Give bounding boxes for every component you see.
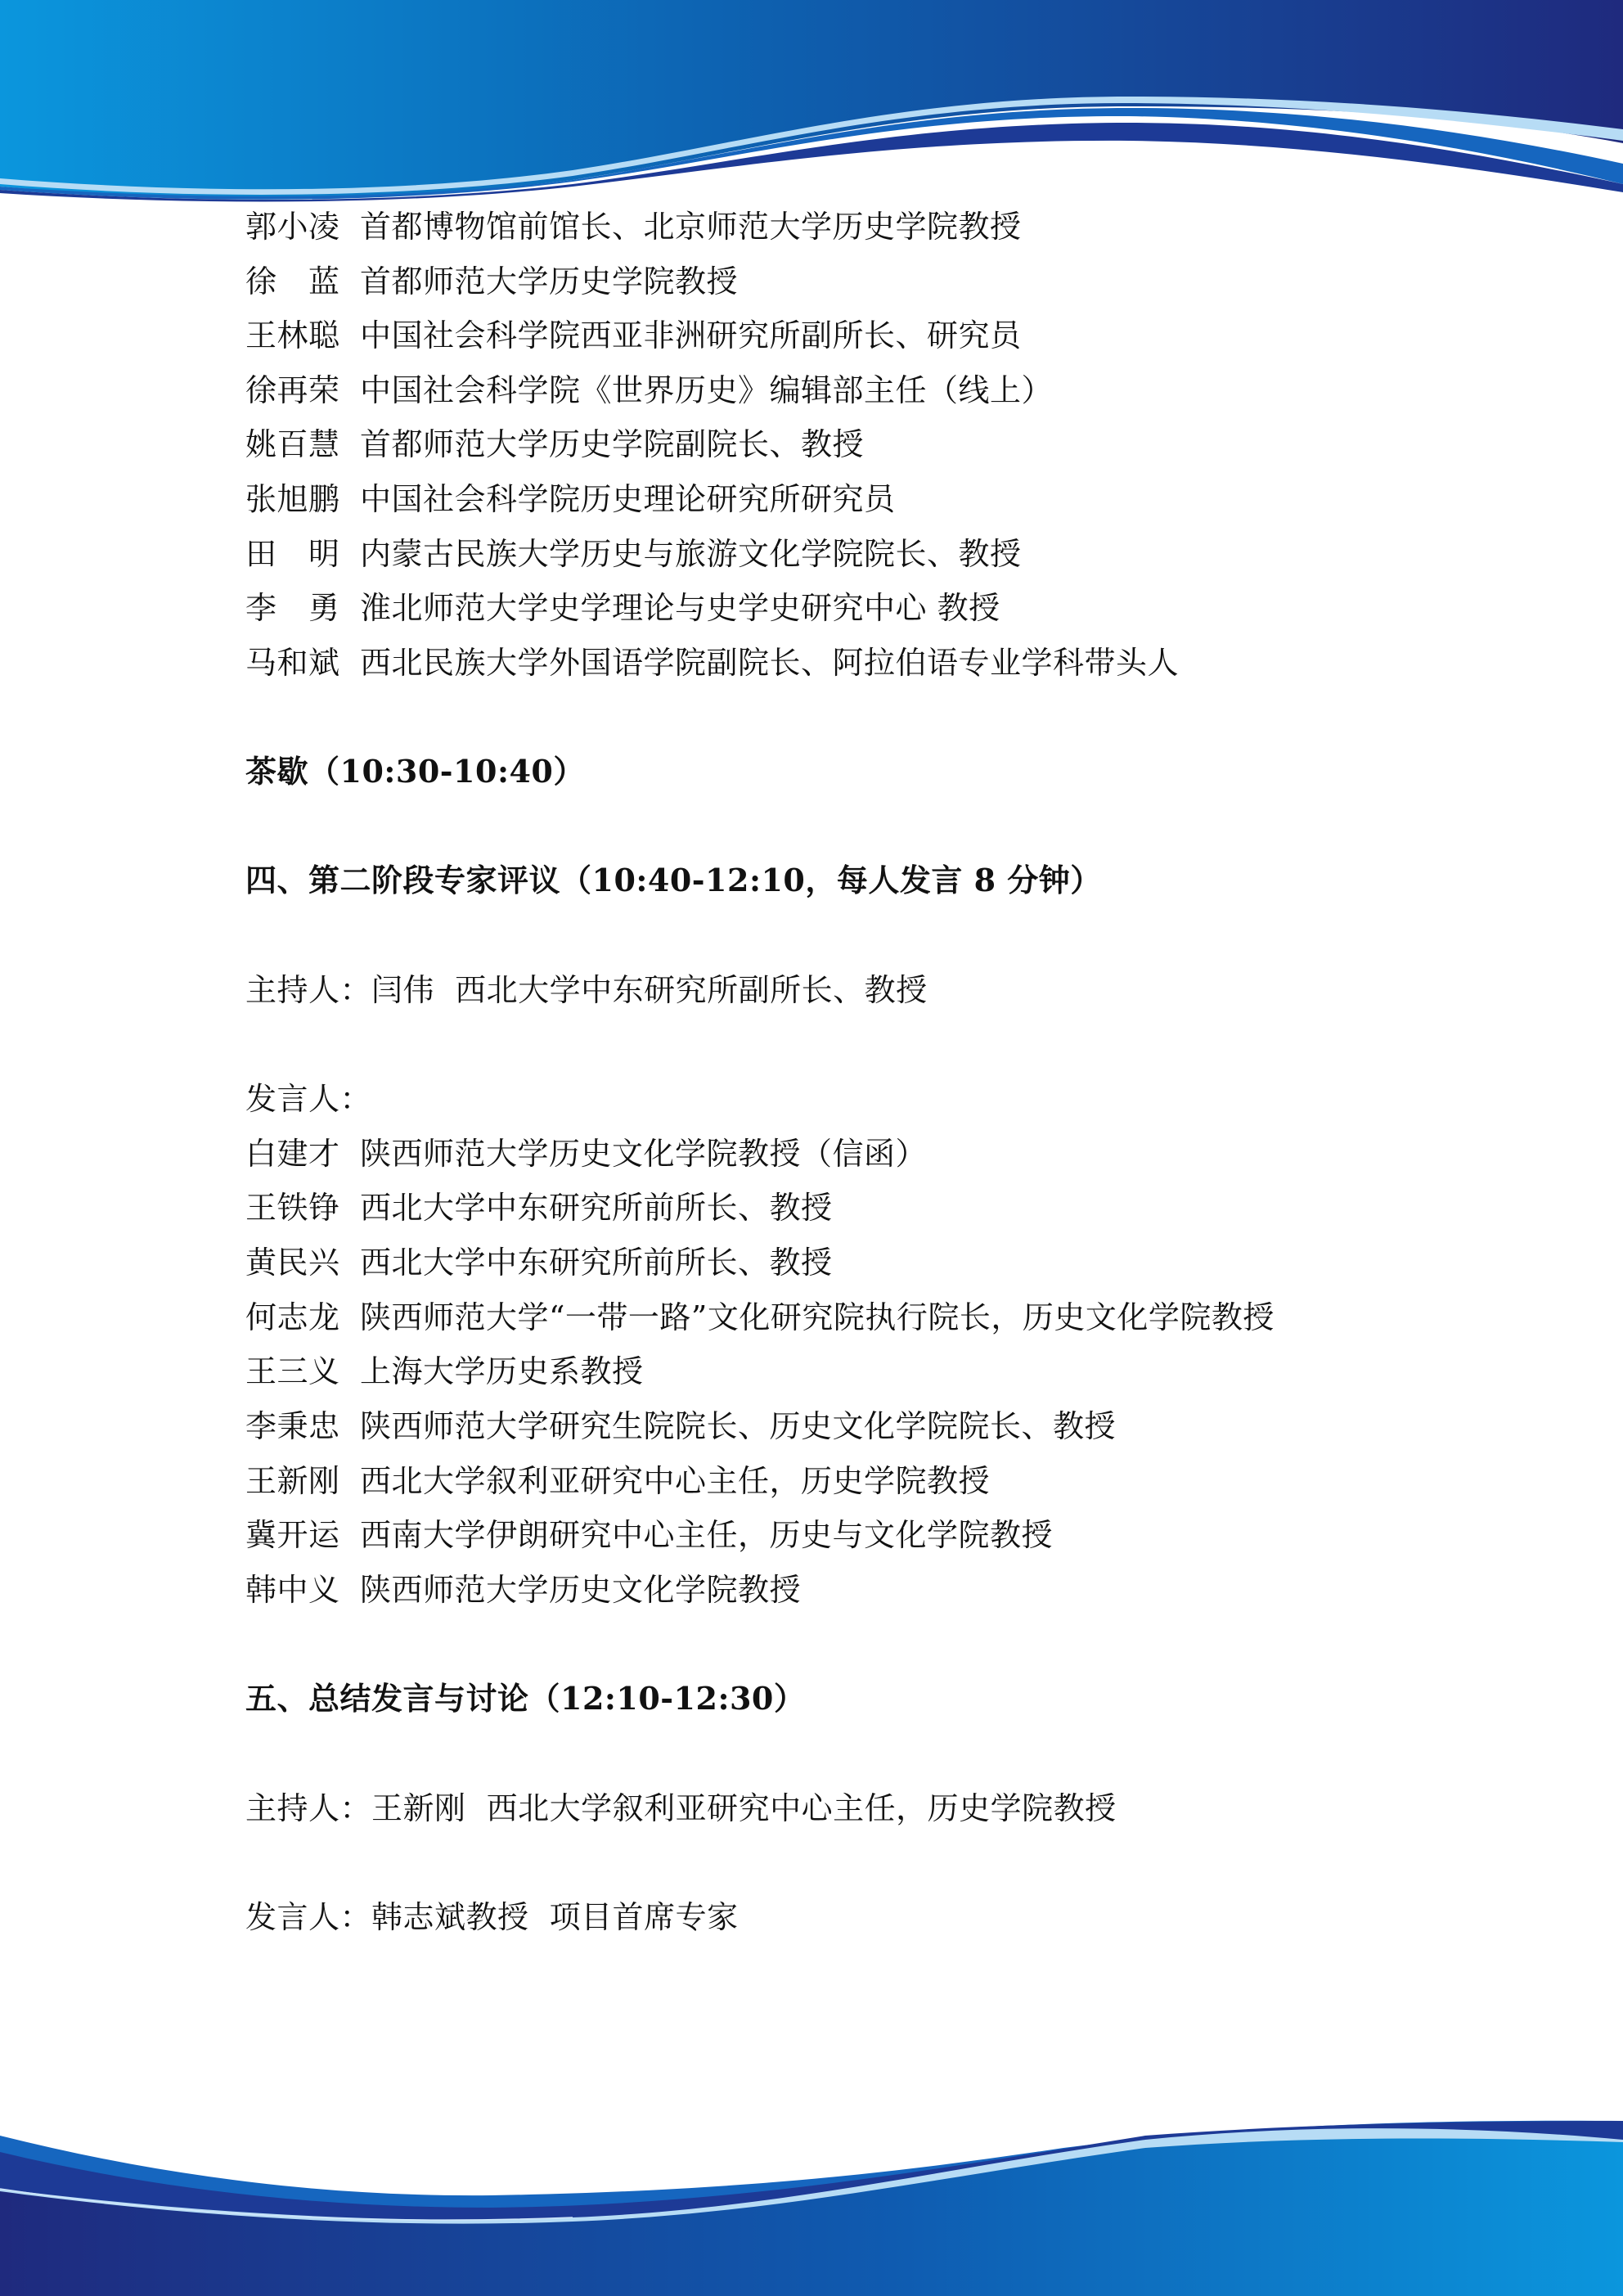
person-title: 陕西师范大学“一带一路”文化研究院执行院长，历史文化学院教授 (360, 1299, 1275, 1335)
person-title: 西北大学中东研究所前所长、教授 (360, 1245, 833, 1281)
list-item: 李 勇淮北师范大学史学理论与史学史研究中心 教授 (245, 588, 1000, 628)
list-item: 韩中义陕西师范大学历史文化学院教授 (245, 1569, 801, 1610)
person-name: 何志龙 (245, 1297, 345, 1338)
person-title: 上海大学历史系教授 (360, 1353, 644, 1389)
person-title: 西南大学伊朗研究中心主任，历史与文化学院教授 (360, 1517, 1053, 1553)
person-title: 陕西师范大学历史文化学院教授（信函） (360, 1136, 927, 1172)
host-line: 主持人：王新刚 西北大学叙利亚研究中心主任，历史学院教授 (245, 1788, 1117, 1829)
person-title: 中国社会科学院西亚非洲研究所副所长、研究员 (360, 317, 1022, 353)
person-name: 郭小凌 (245, 206, 345, 247)
person-title: 西北大学中东研究所前所长、教授 (360, 1190, 833, 1226)
list-item: 王新刚西北大学叙利亚研究中心主任，历史学院教授 (245, 1461, 990, 1501)
person-name: 冀开运 (245, 1515, 345, 1555)
person-name: 徐 蓝 (245, 261, 345, 302)
person-title: 中国社会科学院历史理论研究所研究员 (360, 481, 896, 517)
person-name: 李秉忠 (245, 1406, 345, 1447)
list-item: 李秉忠陕西师范大学研究生院院长、历史文化学院院长、教授 (245, 1406, 1116, 1447)
person-name: 王铁铮 (245, 1187, 345, 1228)
speakers-label: 发言人： (245, 1078, 371, 1119)
person-title: 淮北师范大学史学理论与史学史研究中心 教授 (360, 590, 1000, 626)
person-title: 中国社会科学院《世界历史》编辑部主任（线上） (360, 372, 1053, 408)
list-item: 黄民兴西北大学中东研究所前所长、教授 (245, 1242, 833, 1283)
header-wave-decoration (0, 0, 1623, 213)
person-title: 西北大学叙利亚研究中心主任，历史学院教授 (360, 1463, 990, 1499)
person-title: 首都博物馆前馆长、北京师范大学历史学院教授 (360, 209, 1022, 245)
person-title: 西北民族大学外国语学院副院长、阿拉伯语专业学科带头人 (360, 645, 1179, 681)
person-name: 姚百慧 (245, 424, 345, 465)
list-item: 冀开运西南大学伊朗研究中心主任，历史与文化学院教授 (245, 1515, 1053, 1555)
list-item: 姚百慧首都师范大学历史学院副院长、教授 (245, 424, 864, 465)
person-name: 徐再荣 (245, 370, 345, 411)
tea-break-heading: 茶歇（10:30-10:40） (245, 751, 585, 792)
list-item: 何志龙陕西师范大学“一带一路”文化研究院执行院长，历史文化学院教授 (245, 1297, 1275, 1338)
person-title: 首都师范大学历史学院副院长、教授 (360, 426, 864, 462)
list-item: 张旭鹏中国社会科学院历史理论研究所研究员 (245, 479, 896, 520)
person-name: 王新刚 (245, 1461, 345, 1501)
person-title: 陕西师范大学研究生院院长、历史文化学院院长、教授 (360, 1408, 1116, 1444)
person-name: 田 明 (245, 533, 345, 574)
list-item: 马和斌西北民族大学外国语学院副院长、阿拉伯语专业学科带头人 (245, 642, 1179, 683)
person-name: 王林聪 (245, 315, 345, 356)
person-name: 黄民兴 (245, 1242, 345, 1283)
person-title: 首都师范大学历史学院教授 (360, 263, 738, 299)
person-name: 白建才 (245, 1133, 345, 1174)
person-name: 王三义 (245, 1351, 345, 1392)
speaker-line: 发言人：韩志斌教授 项目首席专家 (245, 1897, 739, 1938)
person-title: 内蒙古民族大学历史与旅游文化学院院长、教授 (360, 536, 1022, 572)
list-item: 王铁铮西北大学中东研究所前所长、教授 (245, 1187, 833, 1228)
list-item: 田 明内蒙古民族大学历史与旅游文化学院院长、教授 (245, 533, 1022, 574)
list-item: 白建才陕西师范大学历史文化学院教授（信函） (245, 1133, 927, 1174)
person-name: 李 勇 (245, 588, 345, 628)
person-name: 张旭鹏 (245, 479, 345, 520)
list-item: 徐 蓝首都师范大学历史学院教授 (245, 261, 738, 302)
section-heading: 四、第二阶段专家评议（10:40-12:10，每人发言 8 分钟） (245, 860, 1102, 901)
list-item: 徐再荣中国社会科学院《世界历史》编辑部主任（线上） (245, 370, 1053, 411)
list-item: 郭小凌首都博物馆前馆长、北京师范大学历史学院教授 (245, 206, 1022, 247)
footer-wave-decoration (0, 2095, 1623, 2296)
person-name: 马和斌 (245, 642, 345, 683)
list-item: 王三义上海大学历史系教授 (245, 1351, 644, 1392)
section-heading: 五、总结发言与讨论（12:10-12:30） (245, 1678, 805, 1719)
person-title: 陕西师范大学历史文化学院教授 (360, 1572, 801, 1608)
host-line: 主持人：闫伟 西北大学中东研究所副所长、教授 (245, 970, 928, 1011)
list-item: 王林聪中国社会科学院西亚非洲研究所副所长、研究员 (245, 315, 1022, 356)
person-name: 韩中义 (245, 1569, 345, 1610)
